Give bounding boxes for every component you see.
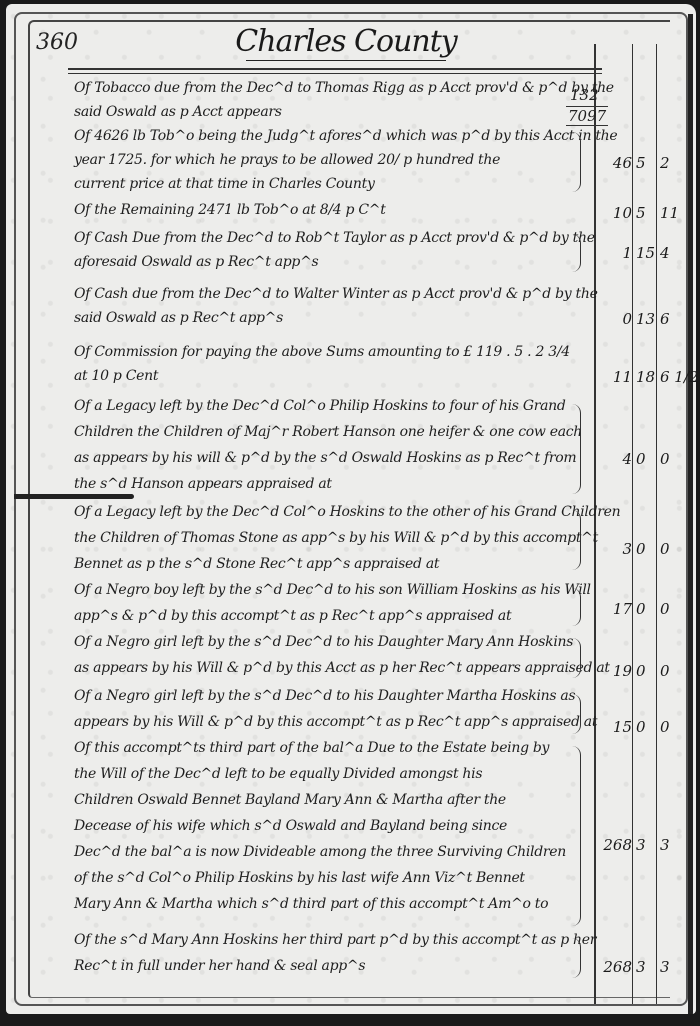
page-number: 360 (36, 30, 78, 55)
entry-line: Of Commission for paying the above Sums … (74, 344, 570, 360)
entry-line: Of Cash due from the Dec^d to Walter Win… (74, 286, 598, 302)
pounds-column-rule (594, 44, 596, 1004)
entry-line: app^s & p^d by this accompt^t as p Rec^t… (74, 608, 511, 624)
title-underline (246, 60, 446, 61)
entry-line: Mary Ann & Martha which s^d third part o… (74, 896, 548, 912)
entry-line: the Will of the Dec^d left to be equally… (74, 766, 482, 782)
amount-shillings: 5 (636, 204, 656, 222)
amount-shillings: 5 (636, 154, 656, 172)
amount-shillings: 3 (636, 836, 656, 854)
entry-line: Children the Children of Maj^r Robert Ha… (74, 424, 582, 440)
amount-pence: 6 (660, 310, 680, 328)
entry-line: Bennet as p the s^d Stone Rec^t app^s ap… (74, 556, 439, 572)
amount-pence: 0 (660, 540, 680, 558)
entry-line: Of 4626 lb Tob^o being the Judg^t afores… (74, 128, 617, 144)
amount-pence: 2 (660, 154, 680, 172)
entry-line: Rec^t in full under her hand & seal app^… (74, 958, 365, 974)
amount-shillings: 15 (636, 244, 656, 262)
entry-line: the s^d Hanson appears appraised at (74, 476, 332, 492)
entry-line: year 1725. for which he prays to be allo… (74, 152, 500, 168)
entry-line: Of the Remaining 2471 lb Tob^o at 8/4 p … (74, 202, 386, 218)
amount-pence: 4 (660, 244, 680, 262)
entry-line: said Oswald as p Rec^t app^s (74, 310, 283, 326)
entry-line: Decease of his wife which s^d Oswald and… (74, 818, 507, 834)
amount-shillings: 18 (636, 368, 656, 386)
amount-pounds: 268 (596, 836, 632, 854)
amount-pounds: 46 (596, 154, 632, 172)
entry-line: appears by his Will & p^d by this accomp… (74, 714, 597, 730)
entry-line: the Children of Thomas Stone as app^s by… (74, 530, 598, 546)
entry-line: said Oswald as p Acct appears (74, 104, 282, 120)
amount-pounds: 3 (596, 540, 632, 558)
amount-pence: 0 (660, 718, 680, 736)
amount-pounds: 11 (596, 368, 632, 386)
entry-line: Of a Legacy left by the Dec^d Col^o Hosk… (74, 504, 620, 520)
amount-pence: 11 (660, 204, 680, 222)
amount-shillings: 13 (636, 310, 656, 328)
amount-pence: 0 (660, 662, 680, 680)
amount-shillings: 0 (636, 450, 656, 468)
entry-brace (572, 694, 581, 734)
amount-shillings: 0 (636, 718, 656, 736)
entry-brace (572, 588, 581, 626)
amount-pounds: 4 (596, 450, 632, 468)
amount-pence: 0 (660, 450, 680, 468)
amount-pence: 3 (660, 836, 680, 854)
header-rule (68, 68, 602, 70)
entry-line: Children Oswald Bennet Bayland Mary Ann … (74, 792, 506, 808)
ledger-page: 360 Charles County 132 7097 Of Tobacco d… (6, 4, 696, 1014)
header-rule (68, 73, 602, 74)
entry-brace (572, 404, 581, 494)
entry-line: Of a Negro boy left by the s^d Dec^d to … (74, 582, 591, 598)
amount-shillings: 0 (636, 540, 656, 558)
amount-pounds: 1 (596, 244, 632, 262)
amount-pounds: 0 (596, 310, 632, 328)
amount-pence: 6 1/2 (660, 368, 680, 386)
entry-brace (572, 938, 581, 978)
entry-line: current price at that time in Charles Co… (74, 176, 375, 192)
entry-line: as appears by his Will & p^d by this Acc… (74, 660, 610, 676)
amount-shillings: 0 (636, 600, 656, 618)
entry-brace (572, 638, 581, 678)
entry-line: Of this accompt^ts third part of the bal… (74, 740, 549, 756)
amount-pounds: 268 (596, 958, 632, 976)
entry-line: Of Cash Due from the Dec^d to Rob^t Tayl… (74, 230, 595, 246)
amount-pence: 0 (660, 600, 680, 618)
amount-pounds: 17 (596, 600, 632, 618)
entry-line: Of a Legacy left by the Dec^d Col^o Phil… (74, 398, 566, 414)
entry-line: Of the s^d Mary Ann Hoskins her third pa… (74, 932, 596, 948)
amount-pounds: 10 (596, 204, 632, 222)
entry-brace (572, 234, 581, 272)
page-title: Charles County (216, 24, 476, 59)
margin-ink-stroke (14, 494, 134, 499)
entry-line: at 10 p Cent (74, 368, 158, 384)
entry-line: aforesaid Oswald as p Rec^t app^s (74, 254, 318, 270)
entry-line: as appears by his will & p^d by the s^d … (74, 450, 576, 466)
entry-line: Of a Negro girl left by the s^d Dec^d to… (74, 688, 575, 704)
amount-pounds: 19 (596, 662, 632, 680)
amount-pence: 3 (660, 958, 680, 976)
entry-brace (572, 510, 581, 570)
entry-line: Dec^d the bal^a is now Divideable among … (74, 844, 566, 860)
entry-line: of the s^d Col^o Philip Hoskins by his l… (74, 870, 525, 886)
subtotal-bottom: 7097 (566, 106, 608, 126)
amount-pounds: 15 (596, 718, 632, 736)
pence-column-rule (656, 44, 657, 1004)
entry-brace (572, 132, 581, 192)
entry-line: Of a Negro girl left by the s^d Dec^d to… (74, 634, 573, 650)
amount-shillings: 0 (636, 662, 656, 680)
amount-shillings: 3 (636, 958, 656, 976)
entry-line: Of Tobacco due from the Dec^d to Thomas … (74, 80, 614, 96)
shillings-column-rule (632, 44, 633, 1004)
binding-edge (688, 14, 693, 1014)
entry-brace (572, 746, 581, 926)
